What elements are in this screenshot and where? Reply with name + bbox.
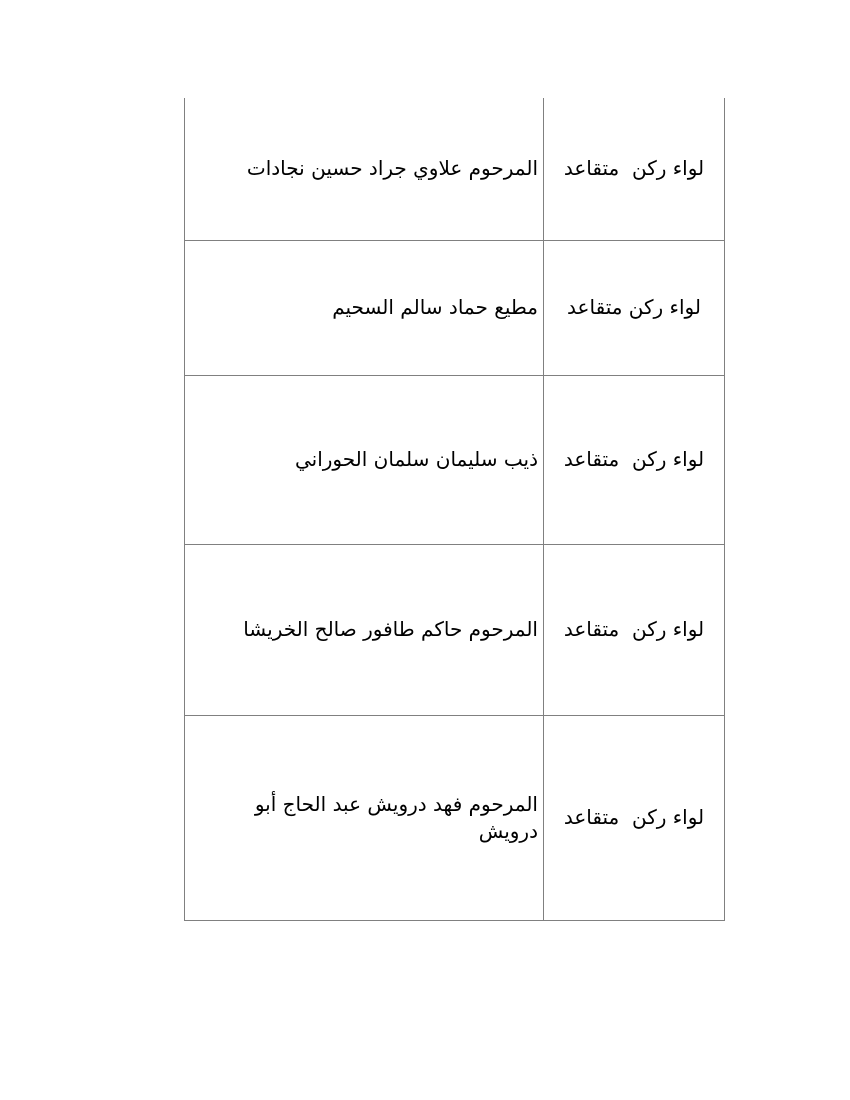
rank-cell: لواء ركن متقاعد — [544, 715, 725, 920]
table-body: لواء ركن متقاعدالمرحوم علاوي جراد حسين ن… — [185, 98, 725, 920]
name-cell: المرحوم علاوي جراد حسين نجادات — [185, 98, 544, 240]
rank-cell: لواء ركن متقاعد — [544, 375, 725, 544]
name-cell: المرحوم فهد درويش عبد الحاج أبو درويش — [185, 715, 544, 920]
table-row: لواء ركن متقاعدذيب سليمان سلمان الحوراني — [185, 375, 725, 544]
name-cell: ذيب سليمان سلمان الحوراني — [185, 375, 544, 544]
table-row: لواء ركن متقاعدالمرحوم فهد درويش عبد الح… — [185, 715, 725, 920]
table-row: لواء ركن متقاعدالمرحوم حاكم طافور صالح ا… — [185, 544, 725, 715]
table-row: لواء ركن متقاعدمطيع حماد سالم السحيم — [185, 240, 725, 375]
officers-table: لواء ركن متقاعدالمرحوم علاوي جراد حسين ن… — [184, 98, 725, 921]
name-cell: مطيع حماد سالم السحيم — [185, 240, 544, 375]
rank-cell: لواء ركن متقاعد — [544, 240, 725, 375]
document-page: لواء ركن متقاعدالمرحوم علاوي جراد حسين ن… — [0, 0, 850, 1100]
rank-cell: لواء ركن متقاعد — [544, 98, 725, 240]
rank-cell: لواء ركن متقاعد — [544, 544, 725, 715]
name-cell: المرحوم حاكم طافور صالح الخريشا — [185, 544, 544, 715]
table-row: لواء ركن متقاعدالمرحوم علاوي جراد حسين ن… — [185, 98, 725, 240]
